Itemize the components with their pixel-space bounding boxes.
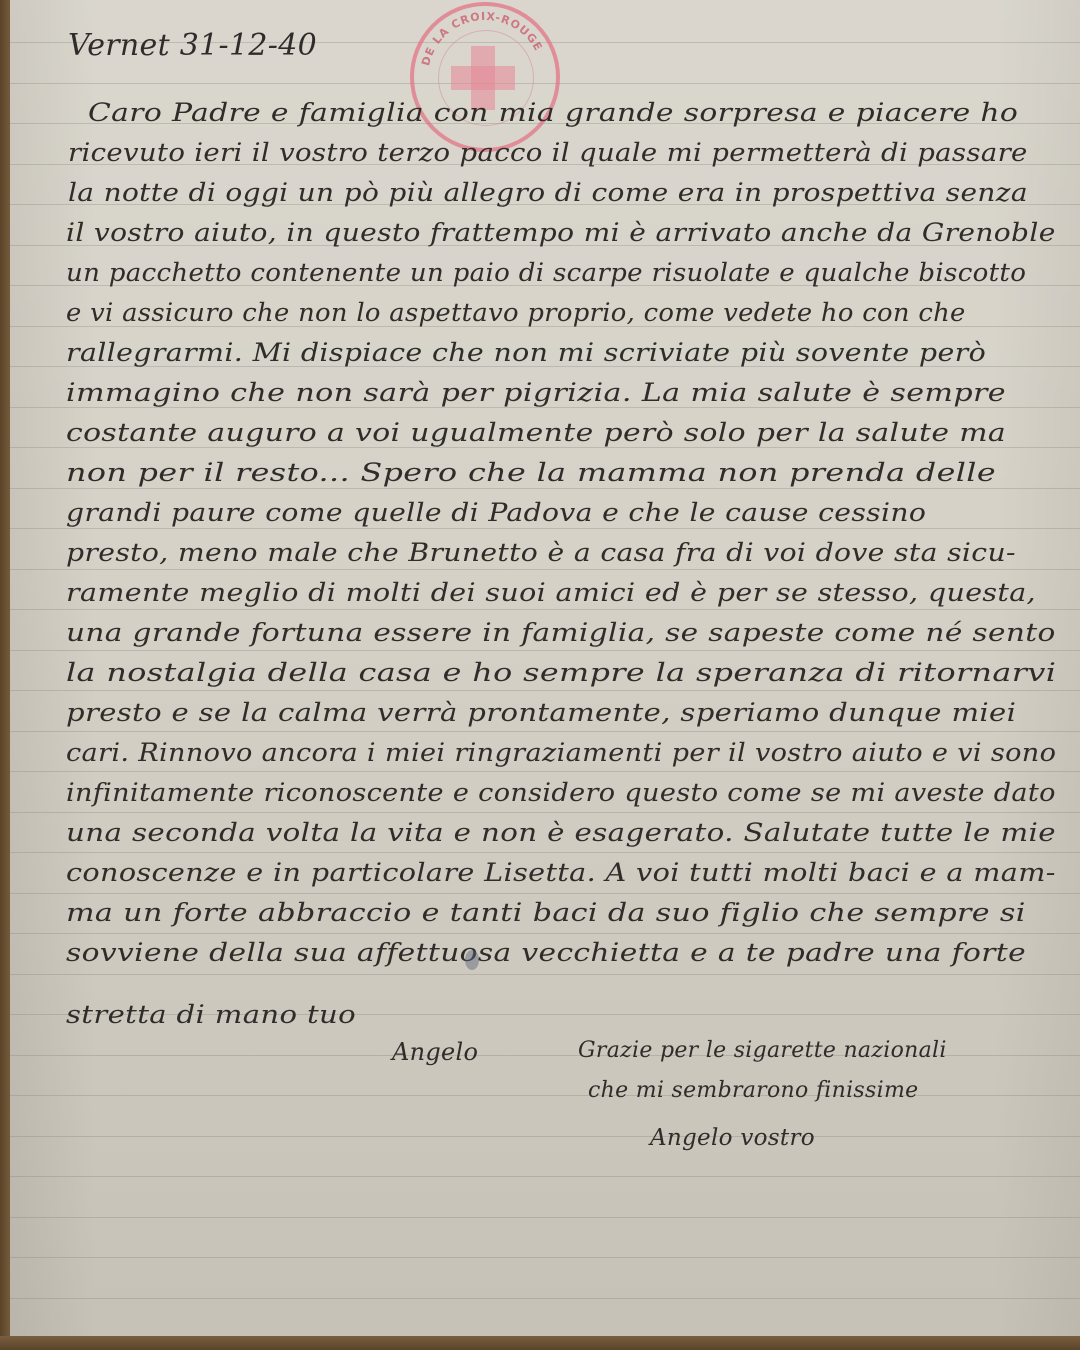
letter-line: rallegrarmi. Mi dispiace che non mi scri… (66, 338, 986, 367)
letter-line: non per il resto... Spero che la mamma n… (66, 458, 996, 487)
ruled-line (10, 1136, 1080, 1137)
ruled-line (10, 812, 1080, 813)
letter-line: una grande fortuna essere in famiglia, s… (66, 618, 1056, 647)
letter-line: e vi assicuro che non lo aspettavo propr… (66, 298, 966, 327)
ruled-line (10, 488, 1080, 489)
ruled-line (10, 609, 1080, 610)
letter-line: presto, meno male che Brunetto è a casa … (66, 538, 1016, 567)
letter-paper: DE LA CROIX-ROUGE Vernet 31-12-40 Caro P… (10, 0, 1080, 1337)
postscript-line-1: Grazie per le sigarette nazionali (578, 1038, 947, 1063)
letter-line: una seconda volta la vita e non è esager… (66, 818, 1056, 847)
ruled-line (10, 893, 1080, 894)
wood-surface-bottom (0, 1336, 1080, 1350)
ruled-line (10, 933, 1080, 934)
letter-line: conoscenze e in particolare Lisetta. A v… (66, 858, 1056, 887)
red-cross-stamp: DE LA CROIX-ROUGE (410, 2, 560, 152)
ruled-line (10, 852, 1080, 853)
ruled-line (10, 569, 1080, 570)
letter-line: Caro Padre e famiglia con mia grande sor… (88, 98, 1018, 127)
red-cross-icon-bar (451, 66, 515, 90)
letter-line: cari. Rinnovo ancora i miei ringraziamen… (66, 738, 1056, 767)
ruled-line (10, 447, 1080, 448)
signature: Angelo (392, 1038, 478, 1066)
letter-line: stretta di mano tuo (66, 1000, 356, 1029)
letter-line: la notte di oggi un pò più allegro di co… (68, 178, 1028, 207)
ruled-line (10, 974, 1080, 975)
ruled-line (10, 1176, 1080, 1177)
letter-line: un pacchetto contenente un paio di scarp… (66, 258, 1026, 287)
ruled-line (10, 407, 1080, 408)
ruled-line (10, 650, 1080, 651)
letter-line: presto e se la calma verrà prontamente, … (66, 698, 1016, 727)
ruled-line (10, 1095, 1080, 1096)
ruled-line (10, 1257, 1080, 1258)
letter-line: il vostro aiuto, in questo frattempo mi … (66, 218, 1056, 247)
ruled-line (10, 731, 1080, 732)
letter-line: sovviene della sua affettuosa vecchietta… (66, 938, 1026, 967)
letter-line: ricevuto ieri il vostro terzo pacco il q… (68, 138, 1028, 167)
letter-line: grandi paure come quelle di Padova e che… (66, 498, 926, 527)
ruled-line (10, 528, 1080, 529)
ruled-line (10, 1298, 1080, 1299)
postscript-line-2: che mi sembrarono finissime (588, 1078, 918, 1103)
ruled-line (10, 1217, 1080, 1218)
letter-line: infinitamente riconoscente e considero q… (66, 778, 1056, 807)
postscript-signature: Angelo vostro (650, 1125, 815, 1151)
letter-date: Vernet 31-12-40 (68, 28, 317, 63)
letter-line: ramente meglio di molti dei suoi amici e… (66, 578, 1036, 607)
letter-line: ma un forte abbraccio e tanti baci da su… (66, 898, 1026, 927)
ink-smudge (465, 950, 479, 970)
ruled-line (10, 690, 1080, 691)
letter-line: immagino che non sarà per pigrizia. La m… (66, 378, 1006, 407)
letter-line: la nostalgia della casa e ho sempre la s… (66, 658, 1056, 687)
ruled-line (10, 771, 1080, 772)
letter-line: costante auguro a voi ugualmente però so… (66, 418, 1006, 447)
